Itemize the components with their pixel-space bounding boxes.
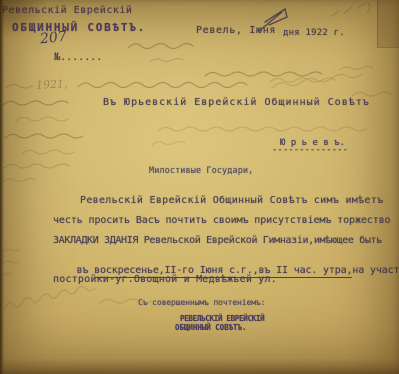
body-line3: ЗАКЛАДКИ ЗДАНІЯ Ревельской Еврейской Гим… [53, 236, 382, 246]
signature-org-line1: РЕВЕЛЬСКІЙ ЕВРЕЙСКІЙ [180, 315, 264, 323]
ghost-year-annotation: 1921, [36, 77, 68, 92]
paper-corner-edge [377, 0, 399, 48]
letterhead-org-line1: Ревельскій Еврейскій [2, 6, 132, 16]
letter-number-dots: ....... [60, 52, 102, 63]
handwritten-letter-number: 207 [39, 29, 67, 48]
closing-salute: Съ совершеннымъ почтеніемъ: [138, 299, 265, 307]
body-line2: честь просить Васъ почтить своимъ присут… [53, 216, 390, 226]
handwritten-day-mark [256, 5, 296, 35]
signature-org-line2: ОБЩИННЫЙ СОВѢТЪ. [175, 324, 246, 332]
body-line1: Ревельскій Еврейскій Общинный Совѣтъ сим… [80, 196, 383, 206]
recipient-city-underline: -------------- [272, 146, 348, 155]
document-photo: 1921, Ревельскій Еврейскій ОБЩИННЫЙ СОВѢ… [0, 0, 399, 374]
body-line4-post: на участкѣ [352, 265, 399, 276]
letter-number-row: №....... [30, 43, 102, 73]
left-edge-shadow [0, 0, 4, 374]
letterhead-org-line2: ОБЩИННЫЙ СОВѢТЪ. [12, 22, 146, 33]
salutation: Милостивые Государи, [149, 167, 253, 176]
body-line5: постройки-уг.Овощной и Медвѣжьей ул. [53, 275, 277, 285]
bottom-edge-shadow [0, 358, 399, 374]
recipient-line: Въ Юрьевскій Еврейскій Общинный Совѣтъ [103, 98, 370, 108]
